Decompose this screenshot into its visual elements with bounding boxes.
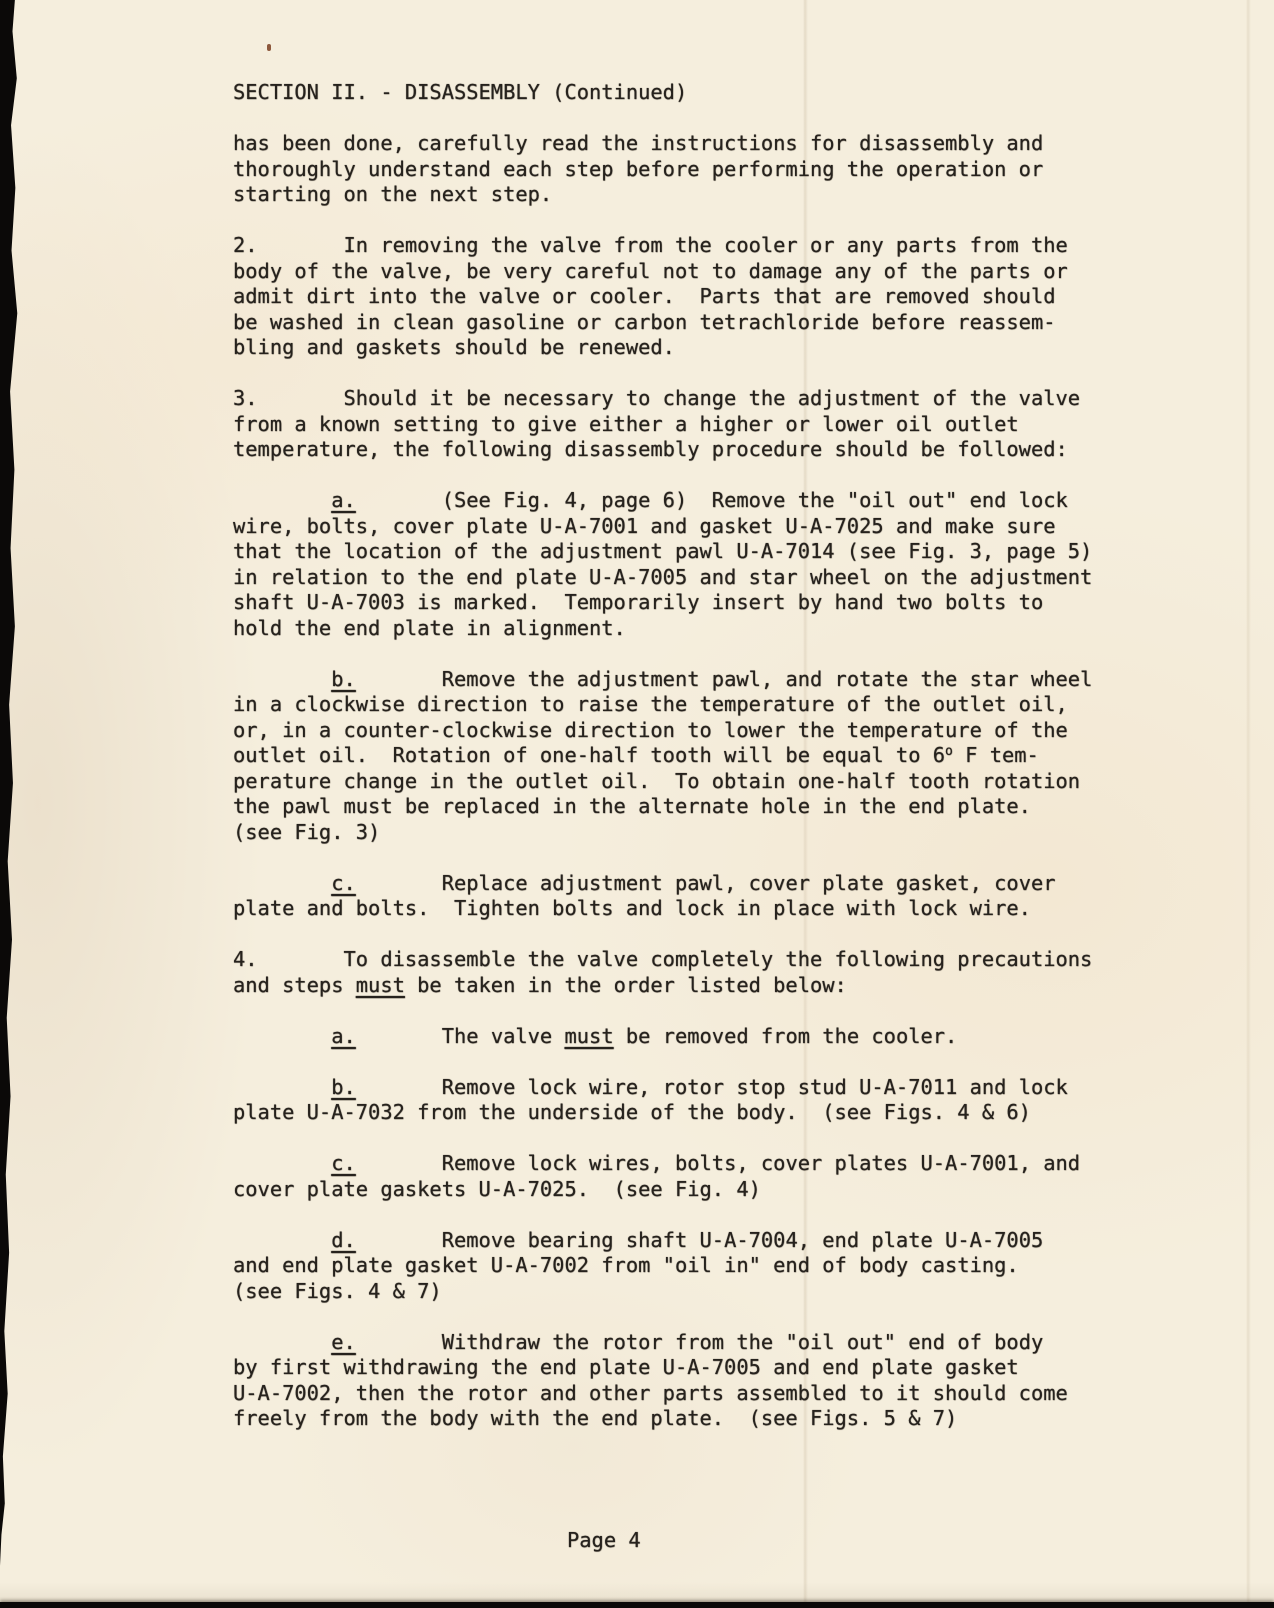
text-line: the pawl must be replaced in the alterna…	[233, 794, 1193, 820]
text-line: shaft U-A-7003 is marked. Temporarily in…	[233, 590, 1193, 616]
text-line: body of the valve, be very careful not t…	[233, 259, 1193, 285]
text-line: temperature, the following disassembly p…	[233, 437, 1193, 463]
text-line: and end plate gasket U-A-7002 from "oil …	[233, 1253, 1193, 1279]
text-line: and steps must be taken in the order lis…	[233, 973, 1193, 999]
paragraph: d. Remove bearing shaft U-A-7004, end pl…	[233, 1228, 1193, 1305]
text-line: d. Remove bearing shaft U-A-7004, end pl…	[233, 1228, 1193, 1254]
paragraph: a. (See Fig. 4, page 6) Remove the "oil …	[233, 488, 1193, 641]
text-line: a. The valve must be removed from the co…	[233, 1024, 1193, 1050]
text-line: wire, bolts, cover plate U-A-7001 and ga…	[233, 514, 1193, 540]
text-line: hold the end plate in alignment.	[233, 616, 1193, 642]
text-line: e. Withdraw the rotor from the "oil out"…	[233, 1330, 1193, 1356]
scan-bottom-edge	[0, 1602, 1274, 1608]
paper-speck	[267, 44, 271, 51]
text-line: 3. Should it be necessary to change the …	[233, 386, 1193, 412]
text-line: 2. In removing the valve from the cooler…	[233, 233, 1193, 259]
text-line: 4. To disassemble the valve completely t…	[233, 947, 1193, 973]
section-heading: SECTION II. - DISASSEMBLY (Continued)	[233, 80, 1193, 106]
text-line: a. (See Fig. 4, page 6) Remove the "oil …	[233, 488, 1193, 514]
scanned-page: SECTION II. - DISASSEMBLY (Continued) ha…	[0, 0, 1274, 1608]
text-line: by first withdrawing the end plate U-A-7…	[233, 1355, 1193, 1381]
paragraph: 4. To disassemble the valve completely t…	[233, 947, 1193, 998]
text-line: or, in a counter-clockwise direction to …	[233, 718, 1193, 744]
page-content: SECTION II. - DISASSEMBLY (Continued) ha…	[233, 80, 1193, 1553]
paragraph: 2. In removing the valve from the cooler…	[233, 233, 1193, 361]
paragraph: b. Remove lock wire, rotor stop stud U-A…	[233, 1075, 1193, 1126]
text-line: in relation to the end plate U-A-7005 an…	[233, 565, 1193, 591]
paragraph: has been done, carefully read the instru…	[233, 131, 1193, 208]
paragraph: c. Replace adjustment pawl, cover plate …	[233, 871, 1193, 922]
text-line: has been done, carefully read the instru…	[233, 131, 1193, 157]
text-line: c. Replace adjustment pawl, cover plate …	[233, 871, 1193, 897]
torn-left-edge	[0, 0, 24, 1566]
text-line: from a known setting to give either a hi…	[233, 412, 1193, 438]
text-line: freely from the body with the end plate.…	[233, 1406, 1193, 1432]
text-line: bling and gaskets should be renewed.	[233, 335, 1193, 361]
text-line: thoroughly understand each step before p…	[233, 157, 1193, 183]
text-line: b. Remove lock wire, rotor stop stud U-A…	[233, 1075, 1193, 1101]
text-line: (see Fig. 3)	[233, 820, 1193, 846]
text-line: outlet oil. Rotation of one-half tooth w…	[233, 743, 1193, 769]
text-line: cover plate gaskets U-A-7025. (see Fig. …	[233, 1177, 1193, 1203]
text-line: perature change in the outlet oil. To ob…	[233, 769, 1193, 795]
paragraph: 3. Should it be necessary to change the …	[233, 386, 1193, 463]
text-line: starting on the next step.	[233, 182, 1193, 208]
paragraph: c. Remove lock wires, bolts, cover plate…	[233, 1151, 1193, 1202]
text-line: (see Figs. 4 & 7)	[233, 1279, 1193, 1305]
text-line: b. Remove the adjustment pawl, and rotat…	[233, 667, 1193, 693]
text-line: plate U-A-7032 from the underside of the…	[233, 1100, 1193, 1126]
page-number: Page 4	[567, 1528, 1193, 1554]
text-line: c. Remove lock wires, bolts, cover plate…	[233, 1151, 1193, 1177]
paragraph: a. The valve must be removed from the co…	[233, 1024, 1193, 1050]
text-line: plate and bolts. Tighten bolts and lock …	[233, 896, 1193, 922]
paragraph: e. Withdraw the rotor from the "oil out"…	[233, 1330, 1193, 1432]
document-body: has been done, carefully read the instru…	[233, 131, 1193, 1432]
text-line: admit dirt into the valve or cooler. Par…	[233, 284, 1193, 310]
text-line: U-A-7002, then the rotor and other parts…	[233, 1381, 1193, 1407]
text-line: that the location of the adjustment pawl…	[233, 539, 1193, 565]
paragraph: b. Remove the adjustment pawl, and rotat…	[233, 667, 1193, 846]
text-line: be washed in clean gasoline or carbon te…	[233, 310, 1193, 336]
text-line: in a clockwise direction to raise the te…	[233, 692, 1193, 718]
